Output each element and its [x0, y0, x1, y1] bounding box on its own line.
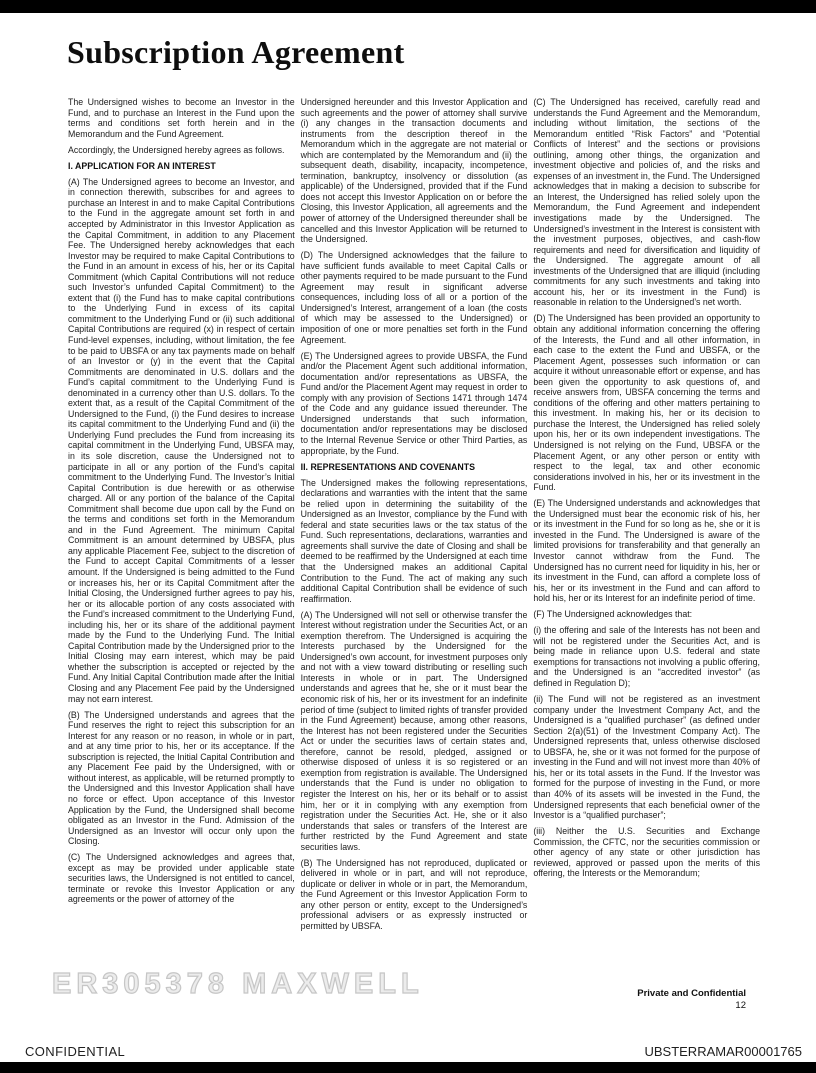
paragraph: (B) The Undersigned has not reproduced, … [301, 858, 528, 932]
paragraph: (E) The Undersigned agrees to provide UB… [301, 351, 528, 456]
footer-page-number: 12 [637, 1000, 746, 1012]
paragraph: (F) The Undersigned acknowledges that: [533, 609, 760, 620]
paragraph: (E) The Undersigned understands and ackn… [533, 498, 760, 603]
section-heading: I. APPLICATION FOR AN INTEREST [68, 161, 295, 172]
paragraph: (C) The Undersigned acknowledges and agr… [68, 852, 295, 905]
paragraph: (A) The Undersigned agrees to become an … [68, 177, 295, 704]
paragraph: Undersigned hereunder and this Investor … [301, 97, 528, 245]
text-column-1: The Undersigned wishes to become an Inve… [68, 97, 295, 937]
paragraph: (ii) The Fund will not be registered as … [533, 694, 760, 821]
document-page: Subscription Agreement ER305378 MAXWELL … [0, 0, 816, 1073]
paragraph: (iii) Neither the U.S. Securities and Ex… [533, 826, 760, 879]
footer-private-label: Private and Confidential [637, 988, 746, 1000]
paragraph: (C) The Undersigned has received, carefu… [533, 97, 760, 308]
text-column-2: Undersigned hereunder and this Investor … [301, 97, 528, 937]
footer: Private and Confidential 12 [637, 988, 746, 1011]
paragraph: (i) the offering and sale of the Interes… [533, 625, 760, 688]
page-title: Subscription Agreement [67, 34, 405, 71]
paragraph: (A) The Undersigned will not sell or oth… [301, 610, 528, 853]
watermark: ER305378 MAXWELL [52, 968, 424, 1001]
text-column-3: (C) The Undersigned has received, carefu… [533, 97, 760, 937]
section-heading: II. REPRESENTATIONS AND COVENANTS [301, 462, 528, 473]
paragraph: The Undersigned wishes to become an Inve… [68, 97, 295, 139]
paragraph: (D) The Undersigned acknowledges that th… [301, 250, 528, 345]
scan-artifact-bottom-bar [0, 1062, 816, 1073]
paragraph: The Undersigned makes the following repr… [301, 478, 528, 605]
scan-artifact-top-bar [0, 0, 816, 13]
paragraph: Accordingly, the Undersigned hereby agre… [68, 145, 295, 156]
paragraph: (D) The Undersigned has been provided an… [533, 313, 760, 492]
confidential-stamp: CONFIDENTIAL [25, 1044, 125, 1059]
bates-number: UBSTERRAMAR00001765 [644, 1044, 802, 1059]
paragraph: (B) The Undersigned understands and agre… [68, 710, 295, 847]
body-columns: The Undersigned wishes to become an Inve… [68, 97, 760, 937]
